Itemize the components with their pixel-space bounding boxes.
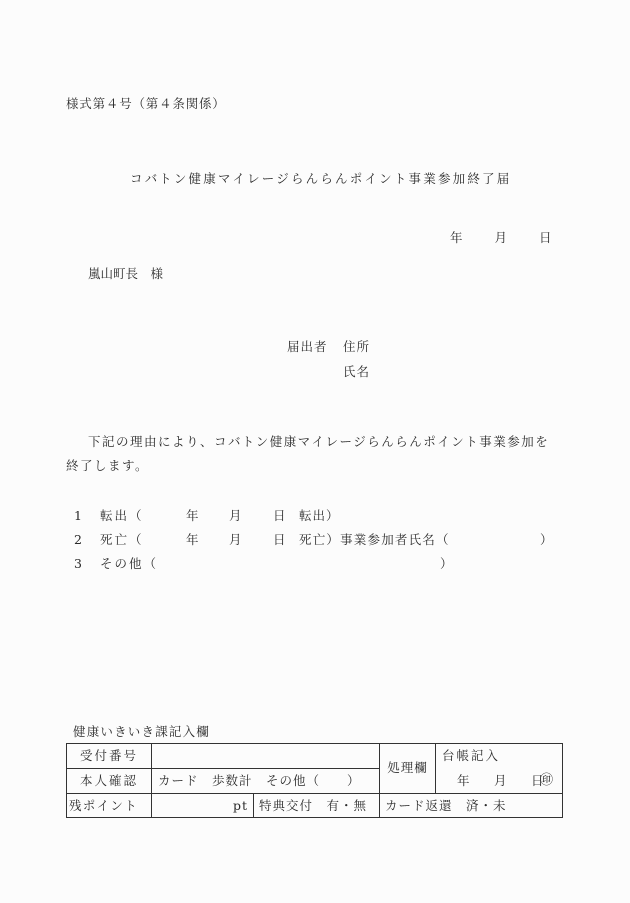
reason-number: 1 bbox=[74, 510, 82, 523]
reason-year: 年 bbox=[186, 534, 199, 547]
reason-number: 2 bbox=[74, 534, 82, 547]
remaining-points-label: 残ポイント bbox=[69, 794, 151, 818]
reason-month: 月 bbox=[229, 534, 242, 547]
reason-close-paren: ） bbox=[540, 534, 553, 547]
reason-label: 死亡（ bbox=[100, 534, 144, 547]
reason-day: 日 bbox=[273, 510, 286, 523]
reason-close-paren: ） bbox=[440, 558, 453, 571]
reception-number-field[interactable] bbox=[152, 744, 379, 768]
reason-day: 日 bbox=[273, 534, 286, 547]
date-month-label: 月 bbox=[494, 232, 507, 245]
body-text-line-2: 終了します。 bbox=[66, 460, 149, 473]
seal-icon: ㊞ bbox=[540, 773, 553, 787]
card-return-status: カード返還 済・未 bbox=[385, 794, 563, 818]
identity-check-options: カード 歩数計 その他（ ） bbox=[158, 769, 378, 793]
applicant-label: 届出者 bbox=[287, 341, 328, 354]
date-day-label: 日 bbox=[539, 232, 552, 245]
ledger-date: 年 月 日 bbox=[457, 774, 550, 788]
reason-year: 年 bbox=[186, 510, 199, 523]
reason-suffix: 転出） bbox=[299, 510, 340, 523]
remaining-points-unit: pt bbox=[152, 794, 248, 818]
body-text-line-1: 下記の理由により、コバトン健康マイレージらんらんポイント事業参加を bbox=[88, 436, 549, 449]
reason-label: その他（ bbox=[100, 558, 158, 571]
addressee: 嵐山町長 様 bbox=[88, 268, 163, 281]
reason-label: 転出（ bbox=[100, 510, 144, 523]
applicant-name-label: 氏名 bbox=[343, 366, 370, 379]
applicant-address-label: 住所 bbox=[343, 341, 370, 354]
benefit-issued: 特典交付 有・無 bbox=[259, 794, 379, 818]
submission-date: 年月日 bbox=[442, 219, 552, 244]
reason-suffix: 死亡）事業参加者氏名（ bbox=[299, 534, 450, 547]
reason-month: 月 bbox=[229, 510, 242, 523]
reason-item-death: 2 死亡（ 年 月 日 死亡）事業参加者氏名（ ） bbox=[74, 534, 574, 548]
form-number: 様式第４号（第４条関係） bbox=[66, 98, 226, 111]
processing-label: 処理欄 bbox=[380, 744, 435, 793]
reason-number: 3 bbox=[74, 558, 82, 571]
ledger-entry-label: 台帳記入 bbox=[442, 749, 500, 763]
reason-item-move-out: 1 転出（ 年 月 日 転出） bbox=[74, 510, 574, 524]
office-use-table: 受付番号 本人確認 カード 歩数計 その他（ ） 処理欄 台帳記入 年 月 日 … bbox=[66, 743, 563, 818]
date-year-label: 年 bbox=[450, 232, 463, 245]
identity-check-label: 本人確認 bbox=[67, 769, 151, 793]
reason-item-other: 3 その他（ ） bbox=[74, 558, 574, 572]
reception-number-label: 受付番号 bbox=[67, 744, 151, 768]
office-use-label: 健康いきいき課記入欄 bbox=[73, 726, 210, 739]
document-title: コバトン健康マイレージらんらんポイント事業参加終了届 bbox=[130, 173, 511, 186]
